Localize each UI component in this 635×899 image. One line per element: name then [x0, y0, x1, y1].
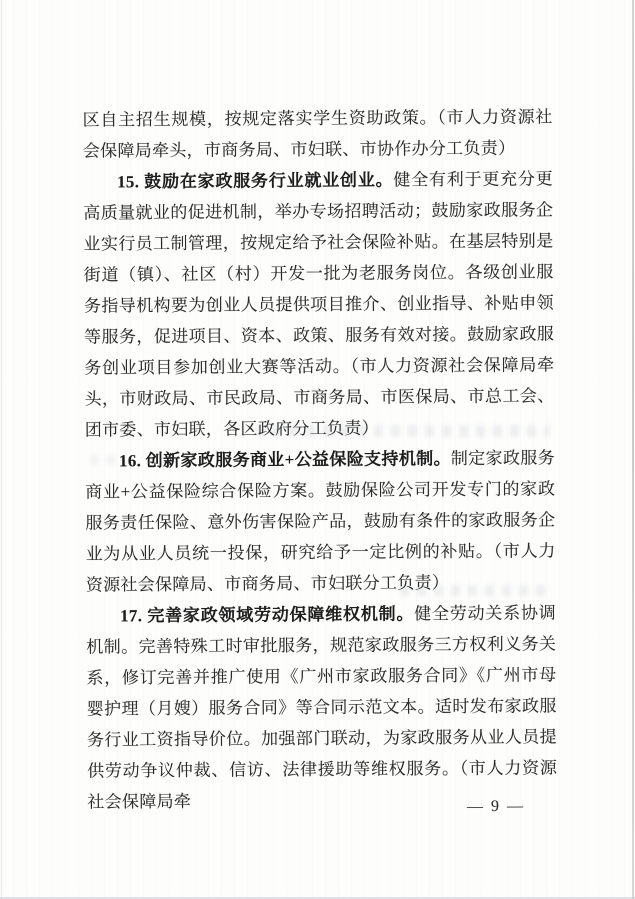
- page-edge-left: [1, 0, 2, 899]
- clause-15-heading: 15. 鼓励在家政服务行业就业创业。: [117, 170, 393, 191]
- page-number: — 9 —: [467, 796, 525, 818]
- clause-17-heading: 17. 完善家政领域劳动保障维权机制。: [120, 604, 414, 625]
- paragraph-text: 制定家政服务商业+公益保险综合保险方案。鼓励保险公司开发专门的家政服务责任保险、…: [85, 448, 556, 594]
- document-body: 区自主招生规模，按规定落实学生资助政策。（市人力资源社会保障局牵头，市商务局、市…: [83, 101, 558, 817]
- paragraph-clause-17: 17. 完善家政领域劳动保障维权机制。健全劳动关系协调机制。完善特殊工时审批服务…: [86, 597, 558, 817]
- paragraph-continuation: 区自主招生规模，按规定落实学生资助政策。（市人力资源社会保障局牵头，市商务局、市…: [83, 101, 553, 166]
- paragraph-text: 健全有利于更充分更高质量就业的促进机制，举办专场招聘活动；鼓励家政服务企业实行员…: [83, 169, 554, 439]
- paragraph-clause-15: 15. 鼓励在家政服务行业就业创业。健全有利于更充分更高质量就业的促进机制，举办…: [83, 163, 555, 445]
- paragraph-text: 区自主招生规模，按规定落实学生资助政策。（市人力资源社会保障局牵头，市商务局、市…: [83, 107, 553, 160]
- page-edge-right: [632, 0, 634, 899]
- paragraph-clause-16: 16. 创新家政服务商业+公益保险支持机制。制定家政服务商业+公益保险综合保险方…: [85, 442, 556, 600]
- paragraph-text: 健全劳动关系协调机制。完善特殊工时审批服务，规范家政服务三方权利义务关系，修订完…: [86, 603, 557, 811]
- clause-16-heading: 16. 创新家政服务商业+公益保险支持机制。: [119, 449, 451, 470]
- document-page: 区自主招生规模，按规定落实学生资助政策。（市人力资源社会保障局牵头，市商务局、市…: [0, 0, 635, 899]
